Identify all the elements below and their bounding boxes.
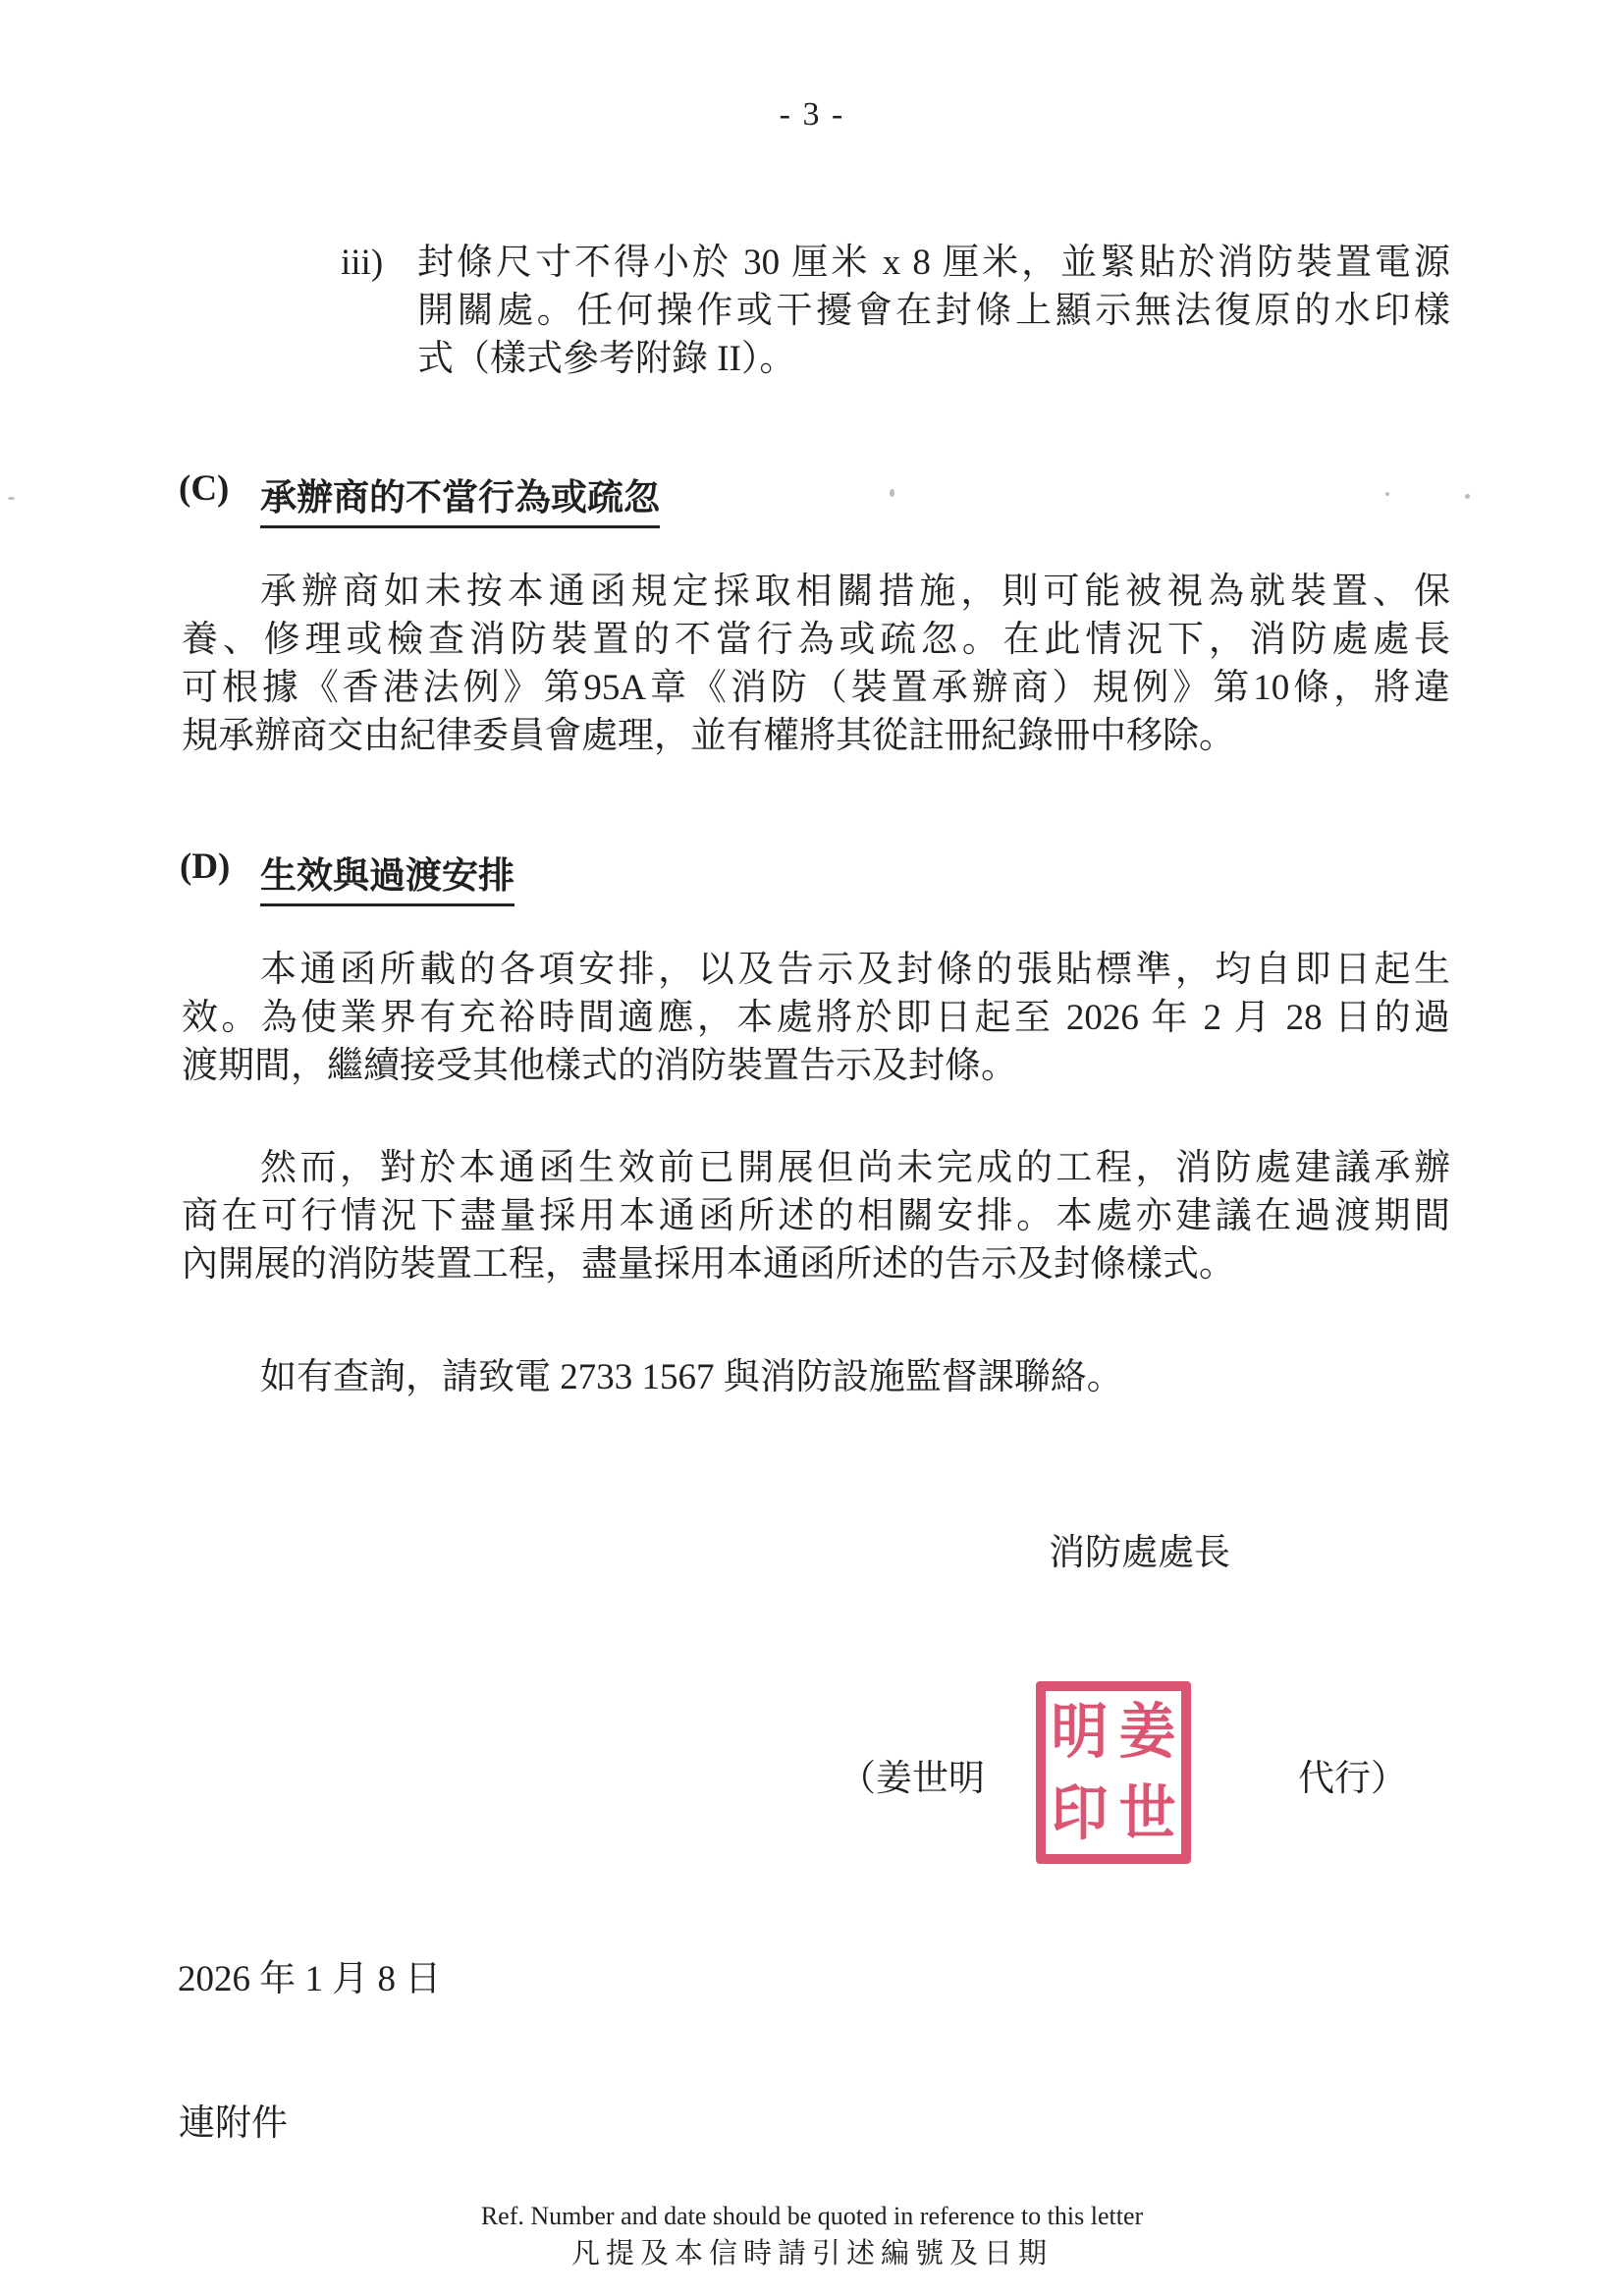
- section-d-paragraph-1: 本通函所載的各項安排，以及告示及封條的張貼標準，均自即日起生 效。為使業界有充裕…: [182, 946, 1450, 1090]
- item-line: 開關處。任何操作或干擾會在封條上顯示無法復原的水印樣: [417, 287, 1450, 335]
- section-d-paragraph-2: 然而，對於本通函生效前已開展但尚未完成的工程，消防處建議承辦 商在可行情況下盡量…: [182, 1144, 1450, 1288]
- scan-speck: [890, 489, 894, 497]
- name-seal-stamp: 姜 世 明 印: [1036, 1681, 1191, 1864]
- seal-char: 世: [1119, 1783, 1176, 1843]
- seal-char: 明: [1052, 1702, 1109, 1762]
- seal-char: 印: [1052, 1783, 1109, 1843]
- seal-char: 姜: [1119, 1702, 1176, 1762]
- paragraph-line: 養、修理或檢查消防裝置的不當行為或疏忽。在此情況下，消防處處長: [182, 616, 1450, 664]
- list-item-iii: 封條尺寸不得小於 30 厘米 x 8 厘米，並緊貼於消防裝置電源 開關處。任何操…: [417, 239, 1450, 383]
- acting-label: 代行）: [1298, 1755, 1407, 1803]
- paragraph-line: 渡期間，繼續接受其他樣式的消防裝置告示及封條。: [182, 1042, 1450, 1090]
- paragraph-line: 內開展的消防裝置工程，盡量採用本通函所述的告示及封條樣式。: [182, 1240, 1450, 1288]
- scan-speck: [1211, 578, 1215, 584]
- scan-speck: [1465, 494, 1470, 499]
- page-number: - 3 -: [0, 96, 1624, 134]
- section-c-paragraph: 承辦商如未按本通函規定採取相關措施，則可能被視為就裝置、保 養、修理或檢查消防裝…: [182, 568, 1450, 760]
- scan-speck: [8, 497, 15, 500]
- section-c-title: 承辦商的不當行為或疏忽: [260, 467, 660, 528]
- paragraph-line: 商在可行情況下盡量採用本通函所述的相關安排。本處亦建議在過渡期間: [182, 1192, 1450, 1240]
- signer-name: （姜世明: [839, 1755, 985, 1803]
- signature-row: （姜世明 姜 世 明 印 代行）: [0, 1669, 1624, 1876]
- footer-chinese: 凡提及本信時請引述編號及日期: [0, 2231, 1624, 2271]
- footer-english: Ref. Number and date should be quoted in…: [0, 2202, 1624, 2231]
- paragraph-line: 可根據《香港法例》第95A章《消防（裝置承辦商）規例》第10條，將違: [182, 664, 1450, 712]
- paragraph-line: 然而，對於本通函生效前已開展但尚未完成的工程，消防處建議承辦: [182, 1144, 1450, 1192]
- paragraph-line: 規承辦商交由紀律委員會處理，並有權將其從註冊紀錄冊中移除。: [182, 712, 1450, 760]
- enclosure-note: 連附件: [179, 2100, 288, 2148]
- item-line: 式（樣式參考附錄 II）。: [417, 335, 1450, 383]
- section-d-label: (D): [180, 846, 230, 888]
- letter-page: - 3 - iii) 封條尺寸不得小於 30 厘米 x 8 厘米，並緊貼於消防裝…: [0, 0, 1624, 2296]
- section-d-title: 生效與過渡安排: [260, 846, 514, 906]
- date-line: 2026 年 1 月 8 日: [178, 1955, 441, 2003]
- paragraph-line: 本通函所載的各項安排，以及告示及封條的張貼標準，均自即日起生: [182, 946, 1450, 994]
- paragraph-line: 承辦商如未按本通函規定採取相關措施，則可能被視為就裝置、保: [182, 568, 1450, 616]
- scan-speck: [1385, 492, 1389, 496]
- item-line: 封條尺寸不得小於 30 厘米 x 8 厘米，並緊貼於消防裝置電源: [417, 239, 1450, 287]
- section-c-label: (C): [179, 467, 229, 510]
- list-item-iii-marker: iii): [341, 239, 383, 287]
- paragraph-line: 效。為使業界有充裕時間適應，本處將於即日起至 2026 年 2 月 28 日的過: [182, 994, 1450, 1042]
- signer-title: 消防處處長: [1049, 1529, 1230, 1577]
- inquiry-line: 如有查詢，請致電 2733 1567 與消防設施監督課聯絡。: [182, 1353, 1450, 1401]
